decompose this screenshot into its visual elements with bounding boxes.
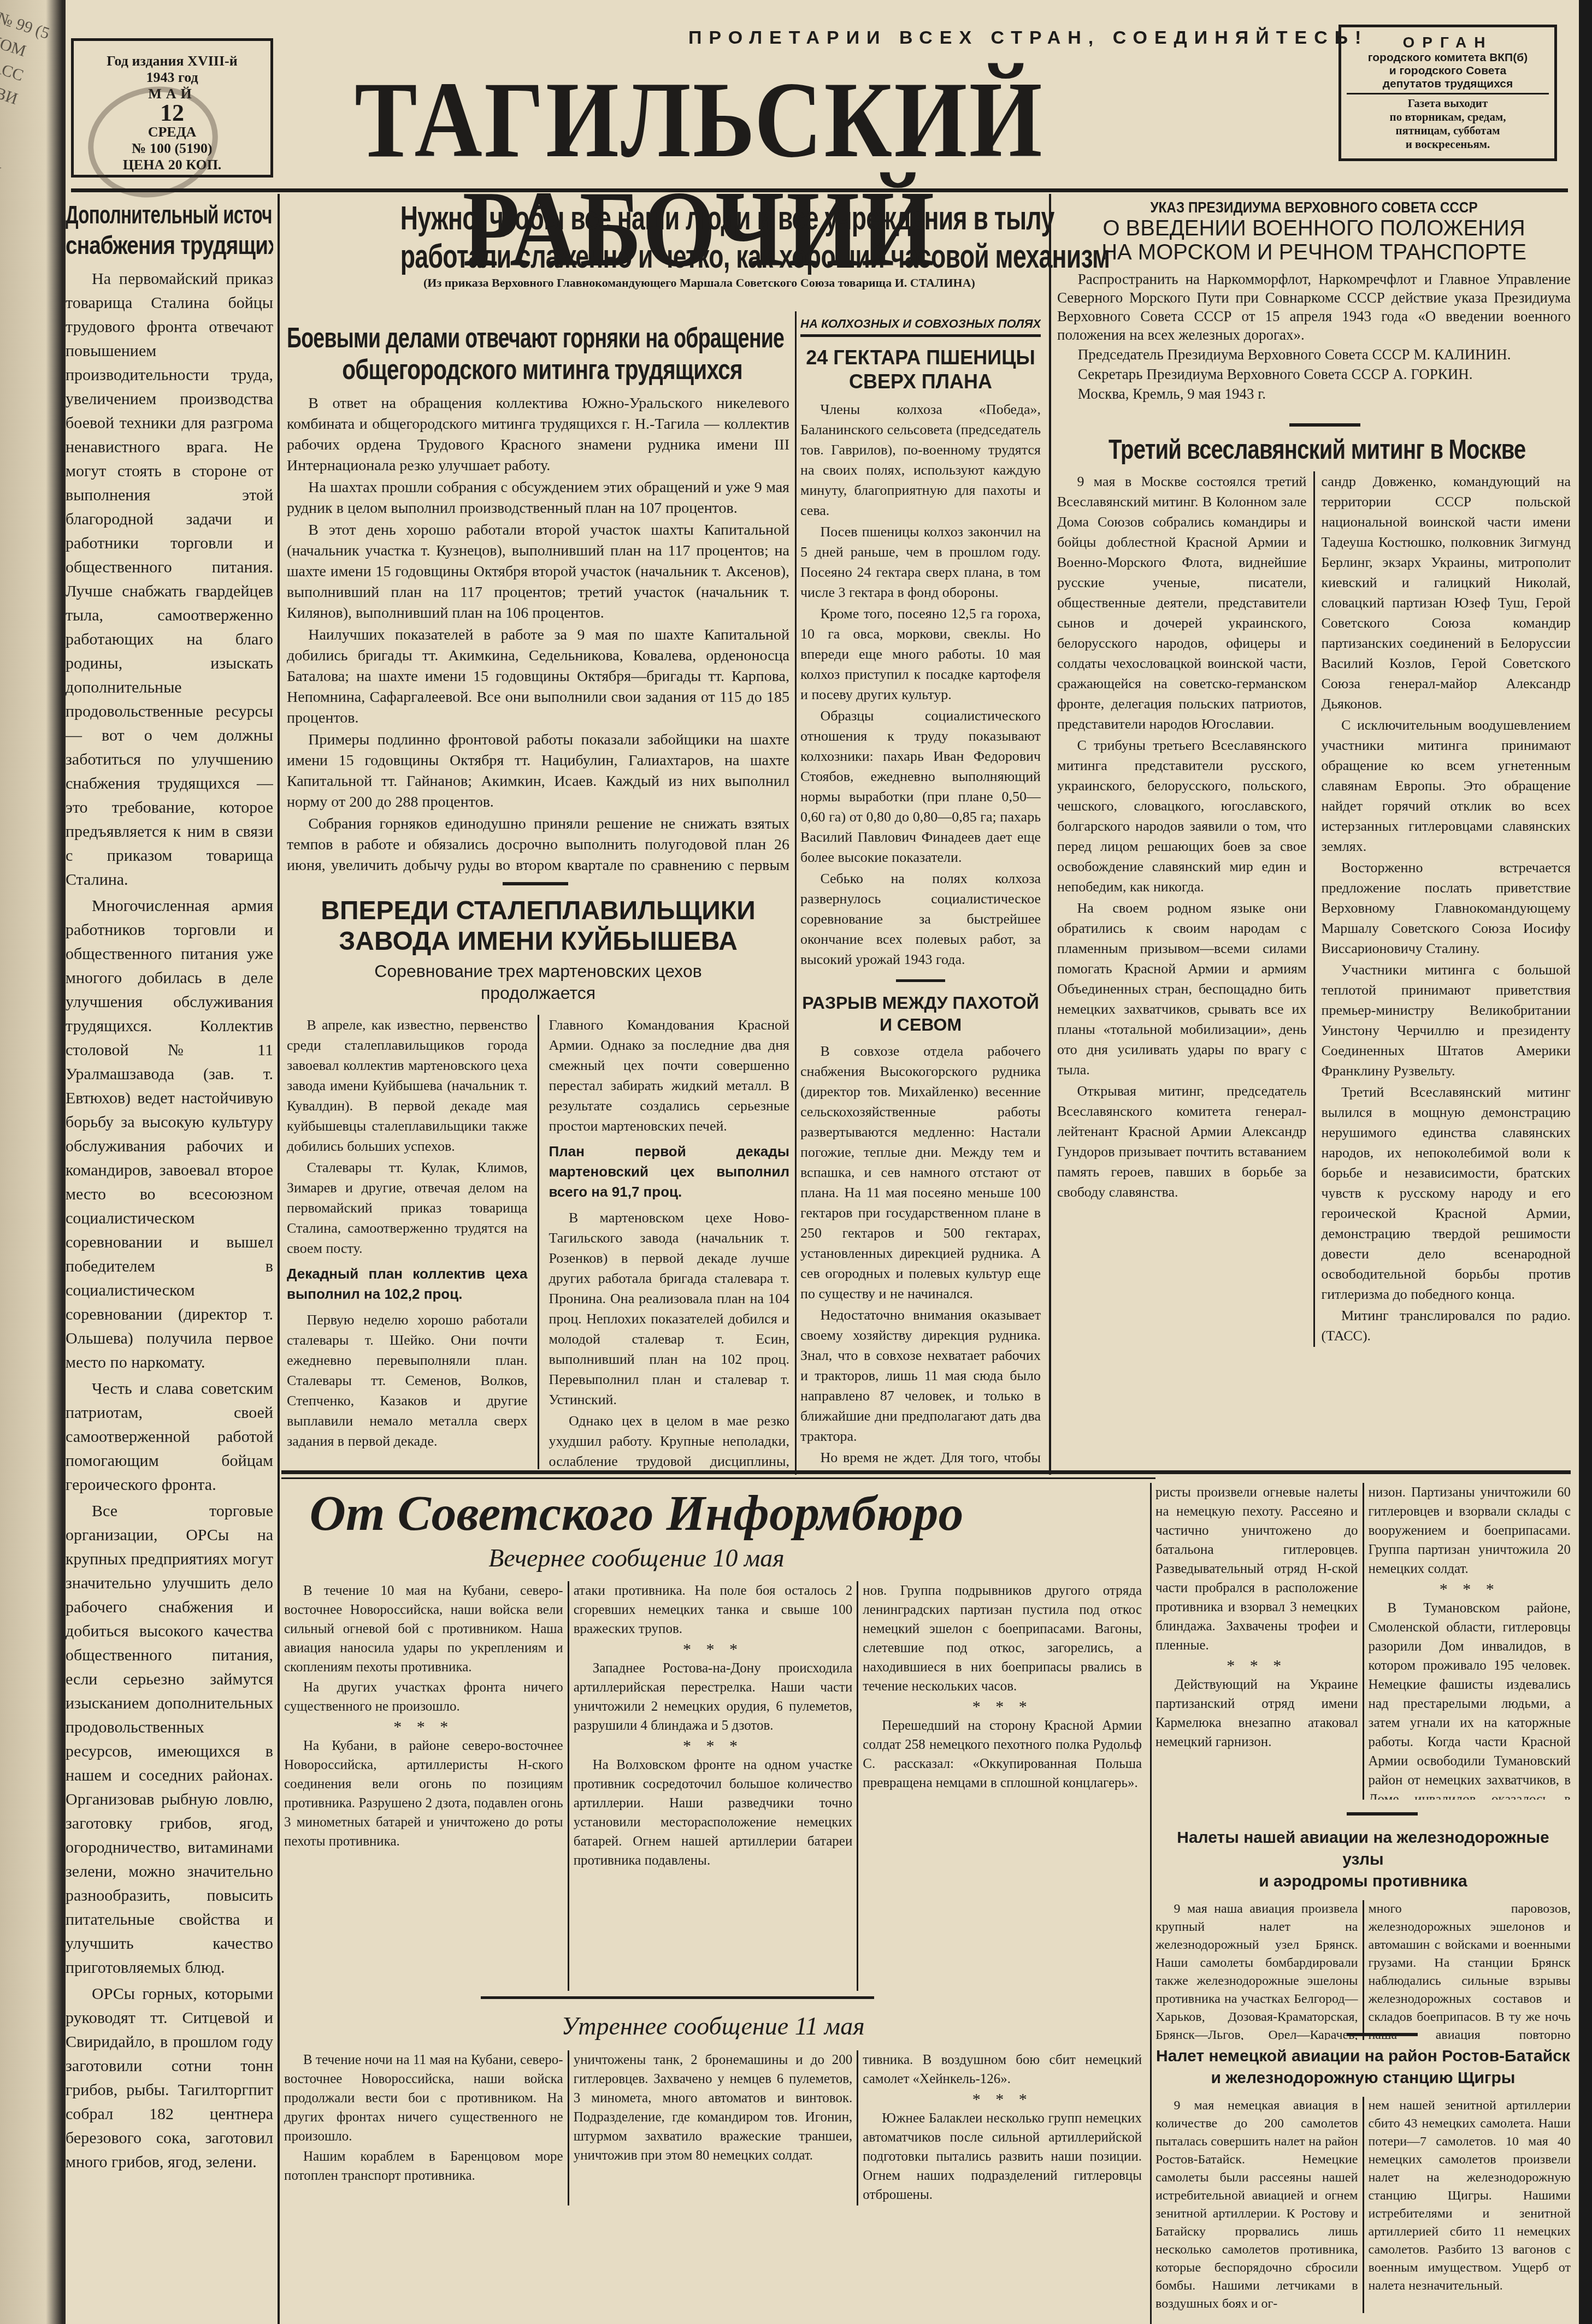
section-rule bbox=[281, 1477, 1155, 1479]
steel-paragraph: Сталевары тт. Кулак, Климов, Зимарев и д… bbox=[287, 1157, 528, 1258]
report-paragraph: Действующий на Украине партизанский отря… bbox=[1155, 1675, 1358, 1752]
separator bbox=[1289, 423, 1360, 427]
miners-paragraph: На шахтах прошли собрания с обсуждением … bbox=[287, 477, 789, 519]
left-paragraph: Все торговые организации, ОРСы на крупны… bbox=[66, 1499, 273, 1980]
schedule-line: и воскресеньям. bbox=[1347, 138, 1549, 151]
schedule-line: пятницам, субботам bbox=[1347, 124, 1549, 138]
morning-report-title: Утреннее сообщение 11 мая bbox=[284, 2010, 1142, 2043]
kolkhoz-headline2-line2: И СЕВОМ bbox=[800, 1014, 1041, 1036]
report-paragraph: Нашим кораблем в Баренцовом море потопле… bbox=[284, 2147, 563, 2185]
organ-line: депутатов трудящихся bbox=[1347, 78, 1549, 94]
miners-paragraph: Наилучших показателей в работе за 9 мая … bbox=[287, 625, 789, 729]
decree-headline-line1: О ВВЕДЕНИИ ВОЕННОГО ПОЛОЖЕНИЯ bbox=[1057, 216, 1571, 240]
slavic-paragraph: Открывая митинг, председатель Всеславянс… bbox=[1057, 1081, 1307, 1202]
steel-col1: В апреле, как известно, первенство среди… bbox=[287, 1015, 528, 1469]
left-headline-line2: снабжения трудящихся bbox=[66, 230, 240, 261]
column-divider bbox=[538, 1015, 539, 1469]
miners-paragraph: Собрания горняков единодушно приняли реш… bbox=[287, 814, 789, 879]
miners-article: Боевыми делами отвечают горняки на обращ… bbox=[287, 322, 789, 879]
miners-paragraph: Примеры подлинно фронтовой работы показа… bbox=[287, 730, 789, 813]
left-column-article: Дополнительный источник снабжения трудящ… bbox=[66, 199, 273, 2319]
decree-kicker: УКАЗ ПРЕЗИДИУМА ВЕРХОВНОГО СОВЕТА СССР bbox=[1083, 199, 1545, 216]
organ-line: и городского Совета bbox=[1347, 64, 1549, 78]
evening-report-continued: ристы произвели огневые налеты на немецк… bbox=[1155, 1483, 1571, 1800]
report-paragraph: В течение ночи на 11 мая на Кубани, севе… bbox=[284, 2050, 563, 2146]
report-paragraph: Западнее Ростова-на-Дону происходила арт… bbox=[574, 1659, 853, 1735]
slavic-paragraph: Митинг транслировался по радио. (ТАСС). bbox=[1322, 1305, 1571, 1346]
report-paragraph: Перешедший на сторону Красной Армии солд… bbox=[863, 1716, 1142, 1793]
column-divider bbox=[1363, 2097, 1364, 2313]
steel-paragraph: В мартеновском цехе Ново-Тагильского зав… bbox=[549, 1208, 790, 1410]
report-paragraph: В Тумановском районе, Смоленской области… bbox=[1369, 1599, 1571, 1800]
column-divider bbox=[568, 1581, 569, 1991]
morning-col2: уничтожены танк, 2 бронемашины и до 200 … bbox=[574, 2050, 853, 2205]
evening-col1: В течение 10 мая на Кубани, северо-восто… bbox=[284, 1581, 563, 1991]
raids-headline-line2: и аэродромы противника bbox=[1155, 1871, 1571, 1893]
slavic-paragraph: 9 мая в Москве состоялся третий Всеславя… bbox=[1057, 471, 1307, 734]
separator bbox=[1347, 1812, 1418, 1816]
kolkhoz-paragraph: Образцы социалистического отношения к тр… bbox=[800, 706, 1041, 867]
steel-bold: Декадный план коллектив цеха выполнил на… bbox=[287, 1264, 528, 1304]
column-divider bbox=[1363, 1483, 1364, 1800]
year-of-publication: Год издания XVIII-й bbox=[79, 53, 265, 69]
slavic-headline: Третий всеславянский митинг в Москве bbox=[1108, 434, 1519, 465]
kolkhoz-paragraph: Посев пшеницы колхоз закончил на 5 дней … bbox=[800, 522, 1041, 602]
left-paragraph: Многочисленная армия работников торговли… bbox=[66, 894, 273, 1375]
evening-report-title: Вечернее сообщение 10 мая bbox=[284, 1543, 1142, 1574]
organ-line: городского комитета ВКП(б) bbox=[1347, 51, 1549, 64]
section-rule bbox=[481, 1996, 874, 1999]
german-raid-col1: 9 мая немецкая авиация в количестве до 2… bbox=[1155, 2097, 1358, 2313]
slavic-paragraph: Восторженно встречается предложение посл… bbox=[1322, 858, 1571, 959]
steel-paragraph: В апреле, как известно, первенство среди… bbox=[287, 1015, 528, 1156]
evening-col5: низон. Партизаны уничтожили 60 гитлеровц… bbox=[1369, 1483, 1571, 1800]
kolkhoz-paragraph: В совхозе отдела рабочего снабжения Высо… bbox=[800, 1041, 1041, 1304]
separator-stars: * * * bbox=[1155, 1656, 1358, 1675]
kolkhoz-paragraph: Кроме того, посеяно 12,5 га гороха, 10 г… bbox=[800, 604, 1041, 705]
evening-col4: ристы произвели огневые налеты на немецк… bbox=[1155, 1483, 1358, 1800]
column-divider bbox=[795, 311, 797, 1475]
decree-signature-chairman: Председатель Президиума Верховного Совет… bbox=[1057, 345, 1571, 364]
left-paragraph: ОРСы горных, которыми руководят тт. Ситц… bbox=[66, 1982, 273, 2174]
report-paragraph: ристы произвели огневые налеты на немецк… bbox=[1155, 1483, 1358, 1655]
column-divider bbox=[1150, 1483, 1152, 2324]
report-paragraph: На Кубани, в районе северо-восточнее Нов… bbox=[284, 1736, 563, 1851]
steel-headline-line1: ВПЕРЕДИ СТАЛЕПЛАВИЛЬЩИКИ bbox=[287, 896, 789, 926]
schedule-line: Газета выходит bbox=[1347, 97, 1549, 110]
masthead-rule bbox=[71, 188, 1568, 192]
report-paragraph: низон. Партизаны уничтожили 60 гитлеровц… bbox=[1369, 1483, 1571, 1578]
german-raid-article: Налет немецкой авиации на район Ростов-Б… bbox=[1155, 2045, 1571, 2324]
slavic-paragraph: С трибуны третьего Всеславянского митинг… bbox=[1057, 735, 1307, 897]
steelmakers-article: ВПЕРЕДИ СТАЛЕПЛАВИЛЬЩИКИ ЗАВОДА ИМЕНИ КУ… bbox=[287, 896, 789, 1469]
kolkhoz-headline1-line1: 24 ГЕКТАРА ПШЕНИЦЫ bbox=[800, 346, 1041, 370]
quote-line1: Нужно, чтобы все наши люди и все учрежде… bbox=[400, 199, 998, 238]
decree-body: Распространить на Наркомморфлот, Наркомр… bbox=[1057, 270, 1571, 344]
issue-year: 1943 год bbox=[79, 69, 265, 86]
miners-headline-line2: общегородского митинга трудящихся bbox=[342, 354, 734, 386]
decree-signature-secretary: Секретарь Президиума Верховного Совета С… bbox=[1057, 365, 1571, 383]
steel-paragraph: Главного Командования Красной Армии. Одн… bbox=[549, 1015, 790, 1136]
miners-paragraph: В этот день хорошо работали второй участ… bbox=[287, 520, 789, 624]
kolkhoz-paragraph: Но время не ждет. Для того, чтобы сев пр… bbox=[800, 1447, 1041, 1469]
slavic-col2: сандр Довженко, командующий на территори… bbox=[1322, 471, 1571, 1347]
separator-stars: * * * bbox=[284, 1717, 563, 1736]
evening-col2: атаки противника. На поле боя осталось 2… bbox=[574, 1581, 853, 1991]
slavic-paragraph: С исключительным воодушевлением участник… bbox=[1322, 715, 1571, 856]
column-divider bbox=[1313, 471, 1315, 1347]
column-divider bbox=[278, 194, 280, 2324]
adjacent-page-binding: № 99 (5 КОМ ТАСС СТВИ Е ком Севери нера … bbox=[0, 0, 66, 2324]
separator-stars: * * * bbox=[863, 2090, 1142, 2109]
separator-stars: * * * bbox=[863, 1697, 1142, 1716]
miners-headline-line1: Боевыми делами отвечают горняки на обращ… bbox=[287, 322, 648, 354]
report-paragraph: уничтожены танк, 2 бронемашины и до 200 … bbox=[574, 2050, 853, 2165]
slavic-meeting-article: Третий всеславянский митинг в Москве 9 м… bbox=[1057, 434, 1571, 1472]
slavic-paragraph: Участники митинга с большой теплотой при… bbox=[1322, 960, 1571, 1081]
newspaper-page: Год издания XVIII-й 1943 год МАЙ 12 СРЕД… bbox=[66, 0, 1592, 2324]
german-raid-headline-line2: и железнодорожную станцию Щигры bbox=[1155, 2067, 1571, 2089]
steel-paragraph: Однако цех в целом в мае резко ухудшил р… bbox=[549, 1411, 790, 1469]
report-paragraph: Южнее Балаклеи несколько групп немецких … bbox=[863, 2109, 1142, 2204]
steel-headline-line2: ЗАВОДА ИМЕНИ КУЙБЫШЕВА bbox=[287, 926, 789, 957]
column-divider bbox=[1049, 194, 1051, 1475]
quote-line2: работали слаженно и четко, как хороший ч… bbox=[400, 238, 998, 276]
german-raid-col2: нем нашей зенитной артиллерии сбито 43 н… bbox=[1369, 2097, 1571, 2313]
miners-paragraph: В ответ на обращения коллектива Южно-Ура… bbox=[287, 393, 789, 476]
organ-title: ОРГАН bbox=[1347, 34, 1549, 51]
raids-col2: много паровозов, железнодорожных эшелоно… bbox=[1369, 1900, 1571, 2040]
slavic-col1: 9 мая в Москве состоялся третий Всеславя… bbox=[1057, 471, 1307, 1347]
steel-col2: Главного Командования Красной Армии. Одн… bbox=[549, 1015, 790, 1469]
left-paragraph: Честь и слава советским патриотам, своей… bbox=[66, 1377, 273, 1497]
kolkhoz-rubric: НА КОЛХОЗНЫХ И СОВХОЗНЫХ ПОЛЯХ bbox=[800, 317, 1041, 337]
left-headline-line1: Дополнительный источник bbox=[66, 199, 215, 230]
separator bbox=[1347, 2033, 1418, 2036]
adjacent-page-fragment: № 99 (5 КОМ ТАСС СТВИ Е ком Севери нера … bbox=[0, 0, 62, 305]
sovinformburo-section: От Советского Информбюро Вечернее сообще… bbox=[284, 1483, 1142, 2324]
kolkhoz-headline1-line2: СВЕРХ ПЛАНА bbox=[800, 370, 1041, 394]
aviation-raids-article: Налеты нашей авиации на железнодорожные … bbox=[1155, 1827, 1571, 2040]
separator-stars: * * * bbox=[1369, 1580, 1571, 1599]
column-divider bbox=[568, 2050, 569, 2205]
separator-stars: * * * bbox=[574, 1640, 853, 1659]
sovinformburo-headline: От Советского Информбюро bbox=[284, 1483, 1142, 1543]
slavic-paragraph: На своем родном языке они обратились к с… bbox=[1057, 898, 1307, 1080]
separator bbox=[503, 882, 568, 885]
separator-stars: * * * bbox=[574, 1736, 853, 1755]
kolkhoz-paragraph: Члены колхоза «Победа», Баланинского сел… bbox=[800, 399, 1041, 521]
german-raid-headline-line1: Налет немецкой авиации на район Ростов-Б… bbox=[1155, 2045, 1571, 2067]
left-paragraph: На первомайский приказ товарища Сталина … bbox=[66, 267, 273, 892]
column-divider bbox=[1363, 1900, 1364, 2040]
report-paragraph: тивника. В воздушном бою сбит немецкий с… bbox=[863, 2050, 1142, 2089]
section-rule bbox=[281, 1470, 1571, 1474]
steel-subheadline: Соревнование трех мартеновских цехов про… bbox=[287, 957, 789, 1007]
morning-col3: тивника. В воздушном бою сбит немецкий с… bbox=[863, 2050, 1142, 2205]
organ-box: ОРГАН городского комитета ВКП(б) и город… bbox=[1339, 25, 1557, 161]
decree-place-date: Москва, Кремль, 9 мая 1943 г. bbox=[1057, 385, 1571, 403]
report-paragraph: нов. Группа подрывников другого отряда л… bbox=[863, 1581, 1142, 1696]
decree-headline-line2: НА МОРСКОМ И РЕЧНОМ ТРАНСПОРТЕ bbox=[1057, 240, 1571, 264]
stalin-quote: Нужно, чтобы все наши люди и все учрежде… bbox=[284, 199, 1115, 298]
report-paragraph: На других участках фронта ничего существ… bbox=[284, 1678, 563, 1716]
slavic-paragraph: Третий Всеславянский митинг вылился в мо… bbox=[1322, 1082, 1571, 1304]
report-paragraph: атаки противника. На поле боя осталось 2… bbox=[574, 1581, 853, 1639]
kolkhoz-section: НА КОЛХОЗНЫХ И СОВХОЗНЫХ ПОЛЯХ 24 ГЕКТАР… bbox=[800, 317, 1041, 1469]
masthead-slogan: ПРОЛЕТАРИИ ВСЕХ СТРАН, СОЕДИНЯЙТЕСЬ! bbox=[688, 27, 1368, 49]
separator bbox=[896, 979, 945, 982]
report-paragraph: В течение 10 мая на Кубани, северо-восто… bbox=[284, 1581, 563, 1677]
page-right-edge bbox=[1579, 0, 1592, 2324]
report-paragraph: На Волховском фронте на одном участке пр… bbox=[574, 1755, 853, 1870]
steel-bold: План первой декады мартеновский цех выпо… bbox=[549, 1142, 790, 1202]
kolkhoz-paragraph: Недостаточно внимания оказывает своему х… bbox=[800, 1305, 1041, 1446]
evening-col3: нов. Группа подрывников другого отряда л… bbox=[863, 1581, 1142, 1991]
kolkhoz-headline2-line1: РАЗРЫВ МЕЖДУ ПАХОТОЙ bbox=[800, 992, 1041, 1014]
column-divider bbox=[857, 1581, 858, 1991]
column-divider bbox=[857, 2050, 858, 2205]
decree-article: УКАЗ ПРЕЗИДИУМА ВЕРХОВНОГО СОВЕТА СССР О… bbox=[1057, 199, 1571, 423]
raids-col1: 9 мая наша авиация произвела крупный нал… bbox=[1155, 1900, 1358, 2040]
morning-col1: В течение ночи на 11 мая на Кубани, севе… bbox=[284, 2050, 563, 2205]
schedule-line: по вторникам, средам, bbox=[1347, 110, 1549, 124]
raids-headline-line1: Налеты нашей авиации на железнодорожные … bbox=[1155, 1827, 1571, 1871]
quote-attribution: (Из приказа Верховного Главнокомандующег… bbox=[284, 276, 1115, 290]
slavic-paragraph: сандр Довженко, командующий на территори… bbox=[1322, 471, 1571, 714]
kolkhoz-paragraph: Себько на полях колхоза развернулось соц… bbox=[800, 868, 1041, 969]
steel-paragraph: Первую неделю хорошо работали сталевары … bbox=[287, 1310, 528, 1451]
